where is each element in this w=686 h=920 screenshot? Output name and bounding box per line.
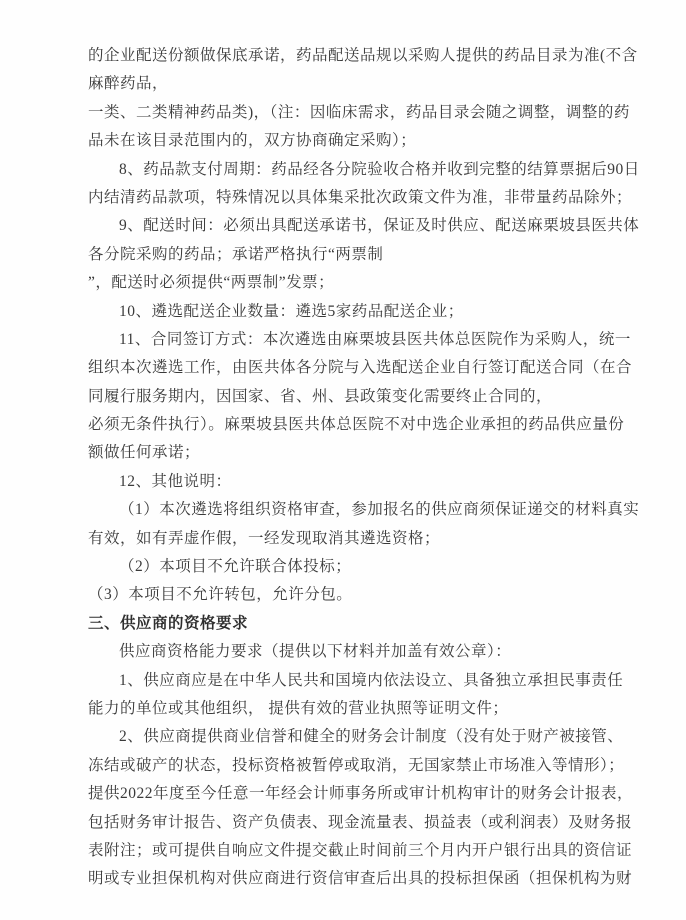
text-line: 8、药品款支付周期：药品经各分院验收合格并收到完整的结算票据后90日 [88,156,604,184]
text-line: 明或专业担保机构对供应商进行资信审查后出具的投标担保函（担保机构为财 [88,865,604,893]
text-line: 必须无条件执行）。麻栗坡县医共体总医院不对中选企业承担的药品供应量份 [88,411,604,439]
text-line: 11、合同签订方式：本次遴选由麻栗坡县医共体总医院作为采购人，统一 [88,326,604,354]
text-line: 包括财务审计报告、资产负债表、现金流量表、损益表（或利润表）及财务报 [88,809,604,837]
text-line: 2、供应商提供商业信誉和健全的财务会计制度（没有处于财产被接管、 [88,723,604,751]
text-line: 麻醉药品， [88,70,604,98]
text-line: 表附注；或可提供自响应文件提交截止时间前三个月内开户银行出具的资信证 [88,837,604,865]
text-line: 的企业配送份额做保底承诺，药品配送品规以采购人提供的药品目录为准(不含 [88,42,604,70]
text-line: 能力的单位或其他组织， 提供有效的营业执照等证明文件； [88,695,604,723]
text-line: （3）本项目不允许转包，允许分包。 [88,581,604,609]
text-line: 一类、二类精神药品类)，（注：因临床需求，药品目录会随之调整，调整的药 [88,99,604,127]
text-line: 供应商资格能力要求（提供以下材料并加盖有效公章）： [88,638,604,666]
text-line: 10、遴选配送企业数量：遴选5家药品配送企业； [88,298,604,326]
text-line: 9、配送时间：必须出具配送承诺书，保证及时供应、配送麻栗坡县医共体 [88,212,604,240]
text-line: 额做任何承诺； [88,439,604,467]
text-line: 各分院采购的药品；承诺严格执行“两票制 [88,241,604,269]
text-line: 1、供应商应是在中华人民共和国境内依法设立、具备独立承担民事责任 [88,667,604,695]
document-body: 的企业配送份额做保底承诺，药品配送品规以采购人提供的药品目录为准(不含麻醉药品，… [88,42,604,894]
text-line: 12、其他说明： [88,468,604,496]
text-line: 内结清药品款项，特殊情况以具体集采批次政策文件为准，非带量药品除外； [88,184,604,212]
text-line: ”，配送时必须提供“两票制”发票； [88,269,604,297]
document-page: 的企业配送份额做保底承诺，药品配送品规以采购人提供的药品目录为准(不含麻醉药品，… [0,0,686,920]
text-line: 品未在该目录范围内的，双方协商确定采购）； [88,127,604,155]
text-line: 有效，如有弄虚作假，一经发现取消其遴选资格； [88,525,604,553]
text-line: 提供2022年度至今任意一年经会计师事务所或审计机构审计的财务会计报表， [88,780,604,808]
text-line: （2）本项目不允许联合体投标； [88,553,604,581]
text-line: （1）本次遴选将组织资格审查，参加报名的供应商须保证递交的材料真实 [88,496,604,524]
section-heading: 三、供应商的资格要求 [88,610,604,638]
text-line: 冻结或破产的状态，投标资格被暂停或取消，无国家禁止市场准入等情形）； [88,752,604,780]
text-line: 同履行服务期内，因国家、省、州、县政策变化需要终止合同的， [88,383,604,411]
text-line: 组织本次遴选工作，由医共体各分院与入选配送企业自行签订配送合同（在合 [88,354,604,382]
